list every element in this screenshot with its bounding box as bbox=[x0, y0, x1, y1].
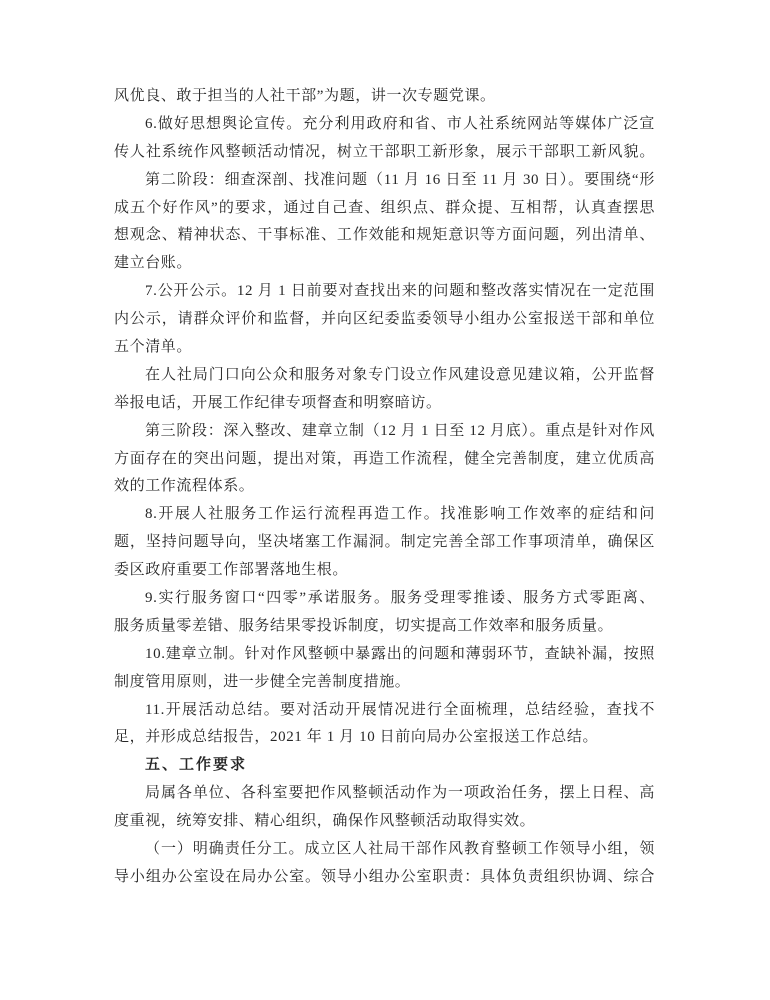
document-line: 效的工作流程体系。 bbox=[114, 473, 655, 501]
document-line: 局属各单位、各科室要把作风整顿活动作为一项政治任务，摆上日程、高 bbox=[114, 780, 655, 808]
document-line: 建立台账。 bbox=[114, 250, 655, 278]
document-line: 第三阶段：深入整改、建章立制（12 月 1 日至 12 月底）。重点是针对作风 bbox=[114, 418, 655, 446]
document-text-block: 风优良、敢于担当的人社干部”为题，讲一次专题党课。 6.做好思想舆论宣传。充分利… bbox=[114, 83, 655, 892]
document-line: 6.做好思想舆论宣传。充分利用政府和省、市人社系统网站等媒体广泛宣 bbox=[114, 111, 655, 139]
document-line: 足，并形成总结报告，2021 年 1 月 10 日前向局办公室报送工作总结。 bbox=[114, 724, 655, 752]
document-line: 第二阶段：细查深剖、找准问题（11 月 16 日至 11 月 30 日）。要围绕… bbox=[114, 167, 655, 195]
document-line: 题，坚持问题导向，坚决堵塞工作漏洞。制定完善全部工作事项清单，确保区 bbox=[114, 529, 655, 557]
document-line: 度重视，统筹安排、精心组织，确保作风整顿活动取得实效。 bbox=[114, 808, 655, 836]
section-heading: 五、工作要求 bbox=[114, 752, 655, 780]
document-line: 成五个好作风”的要求，通过自己查、组织点、群众提、互相帮，认真查摆思 bbox=[114, 195, 655, 223]
document-line: 五个清单。 bbox=[114, 334, 655, 362]
document-line: 7.公开公示。12 月 1 日前要对查找出来的问题和整改落实情况在一定范围 bbox=[114, 278, 655, 306]
document-line: 制度管用原则，进一步健全完善制度措施。 bbox=[114, 669, 655, 697]
document-line: 导小组办公室设在局办公室。领导小组办公室职责：具体负责组织协调、综合 bbox=[114, 864, 655, 892]
document-line: 举报电话，开展工作纪律专项督查和明察暗访。 bbox=[114, 390, 655, 418]
document-line: 9.实行服务窗口“四零”承诺服务。服务受理零推诿、服务方式零距离、 bbox=[114, 585, 655, 613]
document-line: 10.建章立制。针对作风整顿中暴露出的问题和薄弱环节，查缺补漏，按照 bbox=[114, 641, 655, 669]
document-page: 风优良、敢于担当的人社干部”为题，讲一次专题党课。 6.做好思想舆论宣传。充分利… bbox=[0, 0, 770, 1000]
document-line: 8.开展人社服务工作运行流程再造工作。找准影响工作效率的症结和问 bbox=[114, 501, 655, 529]
document-line: 委区政府重要工作部署落地生根。 bbox=[114, 557, 655, 585]
document-line: （一）明确责任分工。成立区人社局干部作风教育整顿工作领导小组，领 bbox=[114, 836, 655, 864]
document-line: 想观念、精神状态、干事标准、工作效能和规矩意识等方面问题，列出清单、 bbox=[114, 222, 655, 250]
document-line: 风优良、敢于担当的人社干部”为题，讲一次专题党课。 bbox=[114, 83, 655, 111]
document-line: 11.开展活动总结。要对活动开展情况进行全面梳理，总结经验，查找不 bbox=[114, 697, 655, 725]
document-line: 在人社局门口向公众和服务对象专门设立作风建设意见建议箱，公开监督 bbox=[114, 362, 655, 390]
document-line: 内公示，请群众评价和监督，并向区纪委监委领导小组办公室报送干部和单位 bbox=[114, 306, 655, 334]
document-line: 传人社系统作风整顿活动情况，树立干部职工新形象，展示干部职工新风貌。 bbox=[114, 139, 655, 167]
document-line: 服务质量零差错、服务结果零投诉制度，切实提高工作效率和服务质量。 bbox=[114, 613, 655, 641]
document-line: 方面存在的突出问题，提出对策，再造工作流程，健全完善制度，建立优质高 bbox=[114, 446, 655, 474]
